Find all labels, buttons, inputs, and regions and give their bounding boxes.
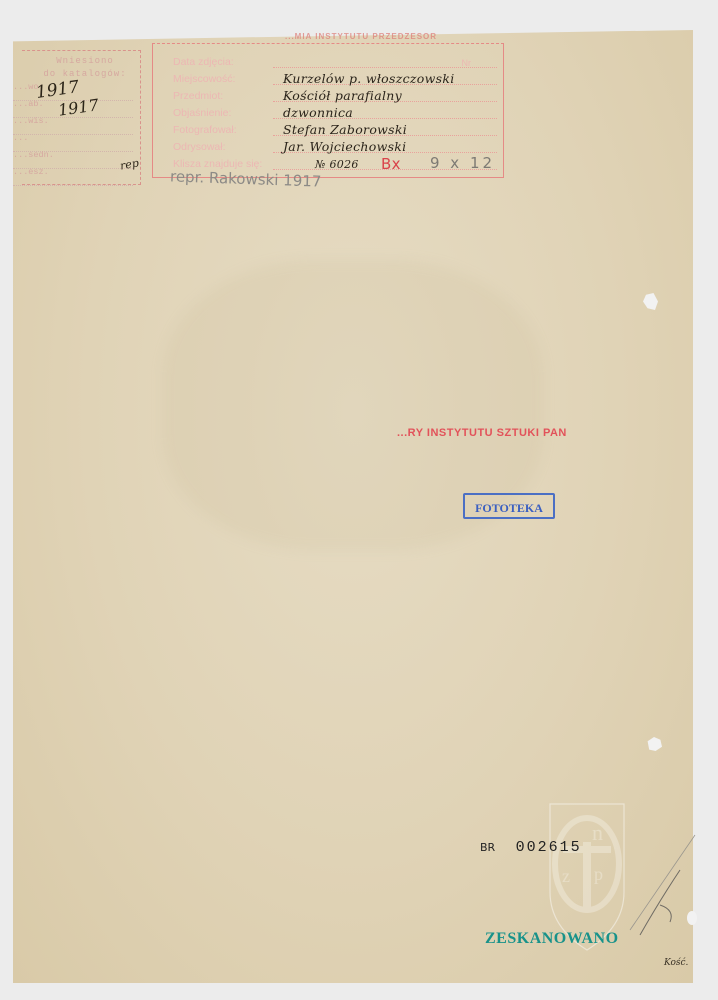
- stamp-heading: Wniesiono: [30, 56, 140, 66]
- card-value: Stefan Zaborowski: [283, 122, 407, 137]
- inventory-prefix: BR: [480, 841, 495, 854]
- card-label: Fotografował:: [173, 124, 237, 136]
- card-value: Kurzelów p. włoszczowski: [283, 71, 455, 86]
- card-row-location: Miejscowość: Kurzelów p. włoszczowski: [165, 69, 501, 86]
- inventory-number: BR 002615: [480, 838, 582, 856]
- corner-note: Kość.: [664, 958, 688, 968]
- card-label: Miejscowość:: [173, 73, 235, 85]
- card-label: Odrysował:: [173, 141, 226, 153]
- card-row-drawer: Odrysował: Jar. Wojciechowski: [165, 137, 501, 154]
- card-value: Jar. Wojciechowski: [283, 139, 406, 154]
- scanned-stamp: ZESKANOWANO: [485, 930, 619, 948]
- pencil-stroke: [600, 830, 700, 940]
- card-value: dzwonnica: [283, 105, 353, 120]
- negative-size: 9 x 12: [430, 154, 495, 172]
- fototeka-stamp: FOTOTEKA: [463, 493, 555, 519]
- svg-text:z: z: [562, 866, 570, 886]
- photo-record-card: Data zdjęcia: Nr Miejscowość: Kurzelów p…: [152, 43, 504, 178]
- card-row-description: Objaśnienie: dzwonnica: [165, 103, 501, 120]
- stamp-heading: do katalogów:: [30, 69, 140, 79]
- stamp-row: ...esz.: [13, 167, 133, 186]
- card-row-subject: Przedmiot: Kościół parafialny: [165, 86, 501, 103]
- card-row-photographer: Fotografował: Stefan Zaborowski: [165, 120, 501, 137]
- card-value: Kościół parafialny: [283, 88, 402, 103]
- institute-stamp: ...RY INSTYTUTU SZTUKI PAN: [397, 427, 567, 439]
- card-label: Przedmiot:: [173, 90, 223, 102]
- inventory-digits: 002615: [516, 839, 582, 856]
- card-label: Objaśnienie:: [173, 107, 231, 119]
- card-header-text: ...MIA INSTYTUTU PRZEDZESOR: [285, 32, 505, 41]
- negative-number: № 6026: [315, 158, 359, 171]
- card-label: Data zdjęcia:: [173, 56, 234, 68]
- card-number-label: Nr: [462, 58, 472, 68]
- negative-mark: Bx: [381, 155, 401, 173]
- card-row-date: Data zdjęcia: Nr: [165, 52, 501, 69]
